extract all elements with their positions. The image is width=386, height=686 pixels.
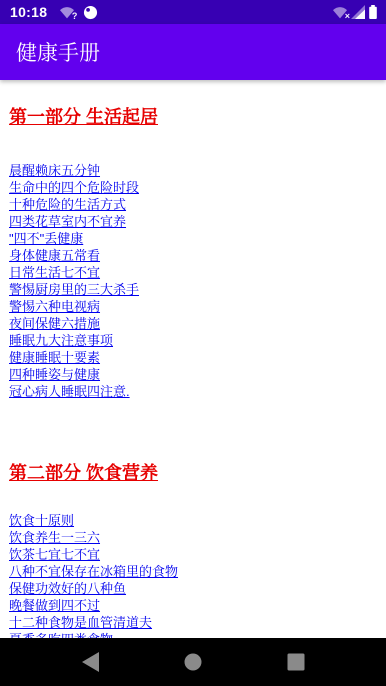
toc-link[interactable]: 睡眠九大注意事项 <box>9 332 113 349</box>
status-bar: 10:18 ? × <box>0 0 386 24</box>
toc-link[interactable]: 十种危险的生活方式 <box>9 196 126 213</box>
toc-link[interactable]: 生命中的四个危险时段 <box>9 179 139 196</box>
toc-link[interactable]: 冠心病人睡眠四注意. <box>9 383 130 400</box>
toc-link[interactable]: 八种不宜保存在冰箱里的食物 <box>9 563 178 580</box>
navigation-bar <box>0 638 386 686</box>
battery-icon <box>368 4 378 20</box>
notification-dot-icon <box>83 5 98 20</box>
toc-link[interactable]: 晚餐做到四不过 <box>9 597 100 614</box>
toc-link[interactable]: 晨醒赖床五分钟 <box>9 162 100 179</box>
recents-icon[interactable] <box>284 650 308 674</box>
toc-list-1: 晨醒赖床五分钟 生命中的四个危险时段 十种危险的生活方式 四类花草室内不宜养 "… <box>9 162 377 400</box>
home-icon[interactable] <box>181 650 205 674</box>
toc-content: 第一部分 生活起居 晨醒赖床五分钟 生命中的四个危险时段 十种危险的生活方式 四… <box>0 80 386 638</box>
toc-link[interactable]: 保健功效好的八种鱼 <box>9 580 126 597</box>
section-heading-2[interactable]: 第二部分 饮食营养 <box>9 462 158 484</box>
wifi-x-icon: × <box>332 6 348 19</box>
toc-link[interactable]: 饮食养生一三六 <box>9 529 100 546</box>
toc-link[interactable]: 饮食十原则 <box>9 512 74 529</box>
toc-link[interactable]: 夏季多吃四类食物 <box>9 631 113 638</box>
toc-link[interactable]: 健康睡眠十要素 <box>9 349 100 366</box>
app-bar: 健康手册 <box>0 24 386 80</box>
section-heading-1[interactable]: 第一部分 生活起居 <box>9 106 158 128</box>
toc-link[interactable]: 夜间保健六措施 <box>9 315 100 332</box>
cell-signal-icon <box>351 5 365 19</box>
toc-link[interactable]: 四种睡姿与健康 <box>9 366 100 383</box>
app-title: 健康手册 <box>16 37 100 67</box>
toc-link[interactable]: 饮茶七宜七不宜 <box>9 546 100 563</box>
wifi-question-mark: ? <box>72 12 78 21</box>
clock-text: 10:18 <box>10 4 47 20</box>
toc-list-2: 饮食十原则 饮食养生一三六 饮茶七宜七不宜 八种不宜保存在冰箱里的食物 保健功效… <box>9 512 377 638</box>
wifi-x-mark: × <box>345 12 350 21</box>
back-icon[interactable] <box>79 650 103 674</box>
toc-link[interactable]: 十二种食物是血管清道夫 <box>9 614 152 631</box>
toc-link[interactable]: 身体健康五常看 <box>9 247 100 264</box>
toc-link[interactable]: 日常生活七不宜 <box>9 264 100 281</box>
wifi-question-icon: ? <box>59 6 75 19</box>
toc-link[interactable]: "四不"丢健康 <box>9 230 83 247</box>
toc-link[interactable]: 警惕厨房里的三大杀手 <box>9 281 139 298</box>
toc-link[interactable]: 警惕六种电视病 <box>9 298 100 315</box>
toc-link[interactable]: 四类花草室内不宜养 <box>9 213 126 230</box>
